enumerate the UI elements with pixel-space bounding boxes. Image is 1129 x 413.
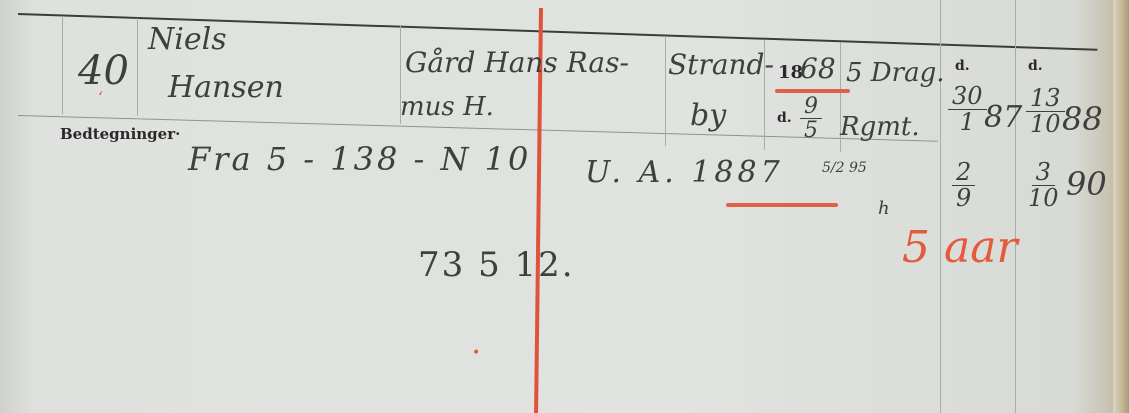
place-line1: Strand-: [668, 48, 774, 81]
remarks-text: Fra 5 - 138 - N 10: [188, 140, 531, 178]
remarks-text2: U. A. 1887: [585, 155, 784, 190]
row-number: 40: [78, 48, 129, 94]
date4-num: 3: [1032, 160, 1055, 186]
date2-d-label: d.: [1028, 58, 1043, 74]
name-last: Hansen: [168, 70, 284, 105]
page-edge: [1113, 0, 1129, 413]
birth-year-suffix: 68: [800, 52, 836, 85]
ledger-page: 40 ʻ Niels Hansen Gård Hans Ras- mus H. …: [0, 0, 1129, 413]
date1-den: 1: [960, 110, 975, 135]
bottom-note: 73 5 12.: [418, 245, 575, 285]
date4: 3 10: [1028, 160, 1059, 211]
parent-line2: mus H.: [400, 92, 494, 122]
date3-num: 2: [952, 160, 975, 186]
red-underline-birth: [775, 89, 850, 93]
red-dot: •: [472, 345, 480, 361]
date2: 13 10: [1026, 86, 1065, 137]
col-line-8: [1015, 0, 1016, 413]
date1-year: 87: [984, 100, 1022, 135]
parent-line1: Gård Hans Ras-: [405, 46, 629, 79]
date3: 2 9: [952, 160, 975, 211]
col-line-2: [137, 18, 138, 116]
remarks-label: Bedtegninger·: [60, 125, 180, 143]
col-line-4: [665, 36, 666, 146]
date1: 30 1: [948, 84, 987, 135]
date2-den: 10: [1030, 112, 1061, 137]
red-note: 5 aar: [902, 222, 1017, 273]
birth-date-den: 5: [804, 119, 818, 142]
birth-date-num: 9: [800, 95, 822, 119]
remarks-annotation: 5/2 95: [822, 160, 867, 176]
date4-den: 10: [1028, 186, 1059, 211]
red-tick: ʻ: [98, 88, 103, 107]
date2-year: 88: [1062, 100, 1103, 138]
unit-line2: Rgmt.: [840, 112, 920, 142]
birth-date: 9 5: [800, 95, 822, 142]
date3-den: 9: [956, 186, 971, 211]
date2-num: 13: [1026, 86, 1065, 112]
name-first: Niels: [148, 22, 227, 57]
red-underline-remarks: [726, 203, 838, 207]
date4-year: 90: [1066, 165, 1107, 203]
col-line-1: [62, 16, 63, 114]
place-line2: by: [690, 98, 726, 133]
birth-d-label: d.: [777, 110, 792, 126]
date1-num: 30: [948, 84, 987, 110]
unit-line1: 5 Drag.: [846, 58, 945, 88]
remarks-annotation-h: h: [878, 198, 890, 219]
date1-d-label: d.: [955, 58, 970, 74]
